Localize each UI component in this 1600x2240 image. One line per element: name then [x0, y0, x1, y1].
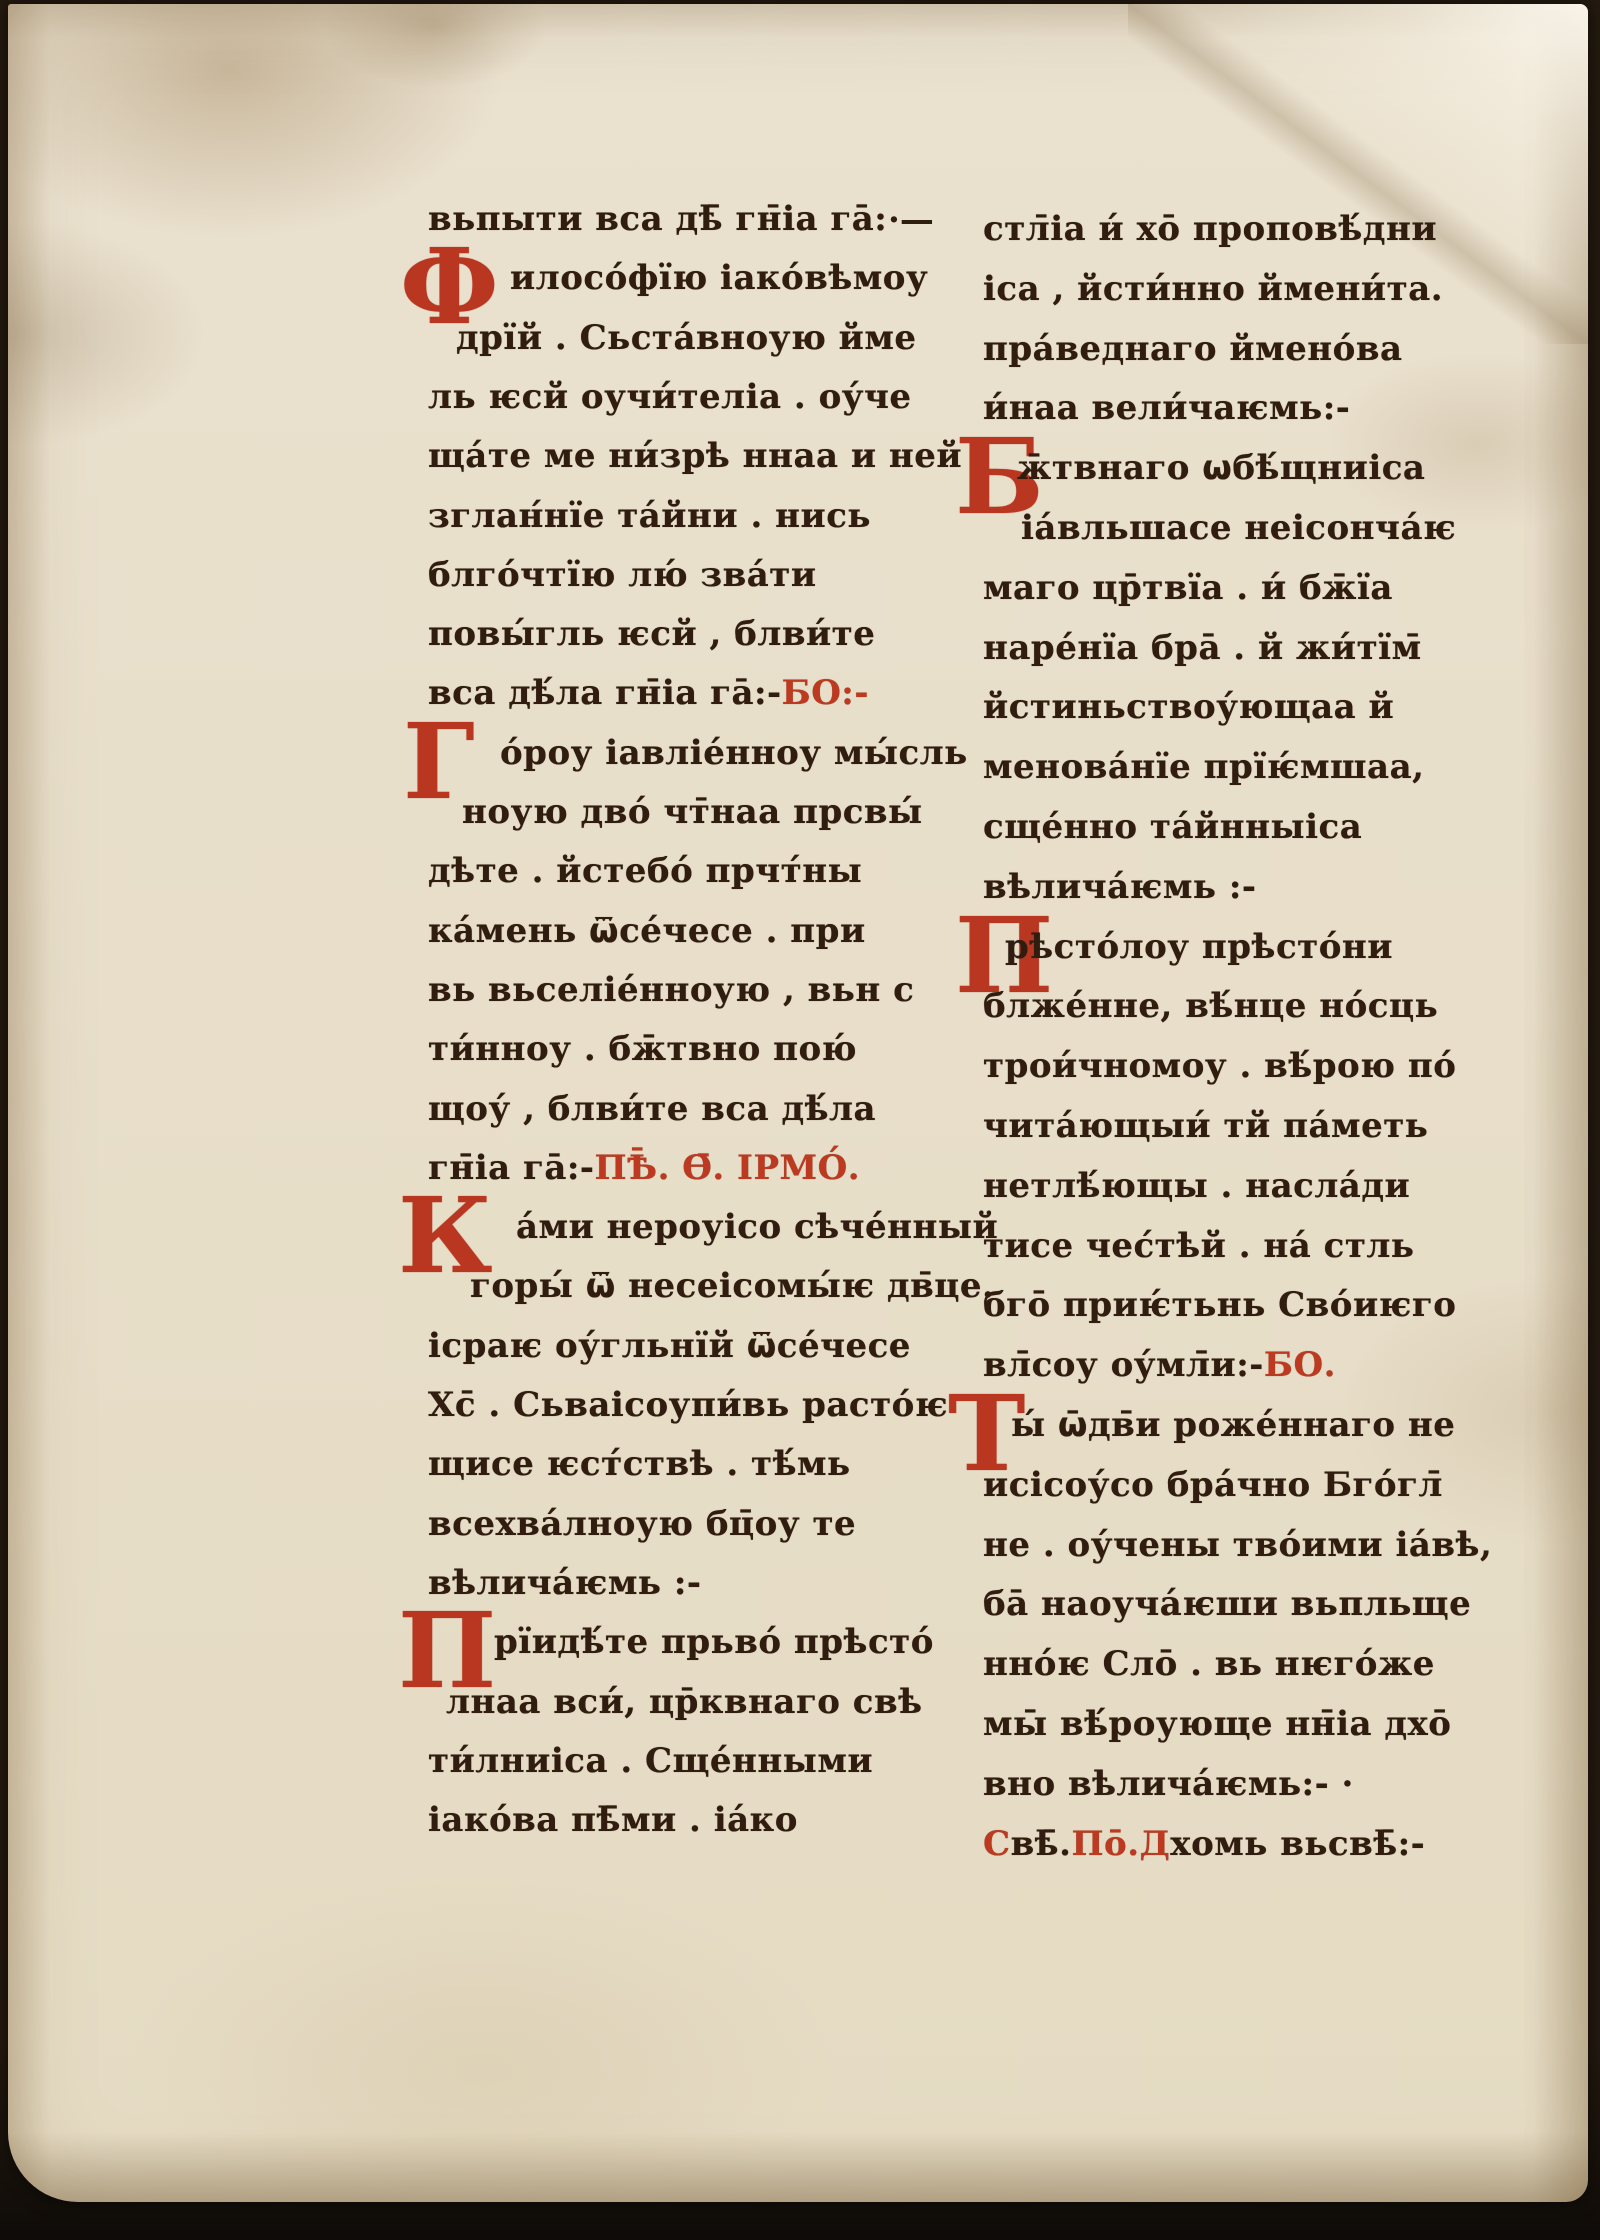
line-filler-dash: ·—	[888, 200, 934, 240]
rubric-text: По̄.	[1071, 1824, 1139, 1864]
manuscript-line: ти́нноу . бж̄твно пою́	[428, 1020, 857, 1078]
manuscript-line: нно́ѥ Сло̄ . вь нѥго́же	[983, 1635, 1435, 1693]
rubric-text: БО:-	[782, 673, 869, 713]
body-text: наре́нїа бра̄ . й жи́тїм̄	[983, 628, 1422, 668]
manuscript-line: іса , йсти́нно ймени́та.	[983, 260, 1443, 318]
body-text: зглан́нїе та́йни . нись	[428, 496, 871, 536]
body-text: горы́ ѿ несеісомы́ѥ дв̄це.	[470, 1266, 994, 1306]
manuscript-line: мы̄ вѣ́роующе нн̄іа дхо̄	[983, 1695, 1452, 1753]
body-text: а́ми нероуісо сѣче́нный	[516, 1207, 998, 1247]
body-text: щоу́ , блви́те вса дѣ́ла	[428, 1089, 876, 1129]
manuscript-line: дѣте . йстебо́ прчт́ны	[428, 842, 862, 900]
manuscript-line: сще́нно та́йнныіса	[983, 798, 1362, 856]
body-text: ы́ ѡ̄дв̄и роже́ннаго не	[1011, 1405, 1455, 1445]
body-text: лнаа вси́, цр̄квнаго свѣ	[446, 1682, 923, 1722]
body-text: бго̄ приѥ́тьнь Сво́иѥго	[983, 1285, 1456, 1325]
body-text: ти́нноу . бж̄твно пою́	[428, 1029, 857, 1069]
body-text: менова́нїе прїѥ́мшаа,	[983, 747, 1424, 787]
body-text: хомь вьсвѣ̄:-	[1170, 1824, 1425, 1864]
body-text: дрїй . Сьста́вноую йме	[456, 318, 917, 358]
manuscript-line: рїидѣ́те прьво́ прѣсто́	[494, 1613, 934, 1671]
manuscript-line: а́ми нероуісо сѣче́нный	[516, 1198, 998, 1256]
body-text: іса , йсти́нно ймени́та.	[983, 269, 1443, 309]
body-text: рїидѣ́те прьво́ прѣсто́	[494, 1622, 934, 1662]
body-text: о́роу іавліе́нноу мы́сль	[500, 733, 968, 773]
body-text: ж̄твнаго ѡбѣ́щниіса	[1017, 448, 1425, 488]
manuscript-line: іако́ва пѣ̄ми . іа́ко	[428, 1791, 798, 1849]
body-text: блже́нне, вѣ́нце но́сць	[983, 986, 1438, 1026]
manuscript-line: о́роу іавліе́нноу мы́сль	[500, 724, 968, 782]
body-text: тисе чес́тѣй . на́ стль	[983, 1226, 1414, 1266]
manuscript-line: ка́мень ѿсе́чесе . при	[428, 902, 866, 960]
body-text: ба̄ наоуча́ѥши вьпльще	[983, 1584, 1471, 1624]
body-text: вса дѣ́ла гн̄іа га̄:-	[428, 673, 782, 713]
photo-backdrop: { "document": { "kind_label": "Old Churc…	[0, 0, 1600, 2240]
manuscript-line: менова́нїе прїѥ́мшаа,	[983, 738, 1424, 796]
rubric-text: Д	[1140, 1824, 1171, 1864]
body-text: чита́ющыи́ тй па́меть	[983, 1106, 1428, 1146]
manuscript-line: ща́те ме ни́зрѣ ннаа и ней	[428, 427, 962, 485]
manuscript-line: пра́веднаго ймено́ва	[983, 320, 1402, 378]
body-text: іа́вльшасе неісонча́ѥ	[1021, 508, 1456, 548]
body-text: Хс̄ . Сьваісоупи́вь расто́ѥ	[428, 1385, 948, 1425]
manuscript-line: іа́вльшасе неісонча́ѥ	[1021, 499, 1456, 557]
manuscript-line: маго цр̄твїа . и́ бж̄їа	[983, 559, 1393, 617]
body-text: маго цр̄твїа . и́ бж̄їа	[983, 568, 1393, 608]
body-text: мы̄ вѣ́роующе нн̄іа дхо̄	[983, 1704, 1452, 1744]
manuscript-line: ы́ ѡ̄дв̄и роже́ннаго не	[1011, 1396, 1455, 1454]
manuscript-line: вл̄соу оу́мл̄и:- БО.	[983, 1336, 1336, 1394]
rubric-text: БО.	[1264, 1345, 1336, 1385]
manuscript-line: ти́лниіса . Сще́нными	[428, 1732, 873, 1790]
manuscript-line: вь вьселіе́нноую , вьн с	[428, 961, 914, 1019]
body-text: пра́веднаго ймено́ва	[983, 329, 1402, 369]
body-text: ль ѥсй оучи́теліа . оу́че	[428, 377, 912, 417]
body-text: ти́лниіса . Сще́нными	[428, 1741, 873, 1781]
body-text: ща́те ме ни́зрѣ ннаа и ней	[428, 436, 962, 476]
body-text: рѣсто́лоу прѣсто́ни	[1005, 927, 1393, 967]
manuscript-line: исісоу́со бра́чно Бго́гл̄	[983, 1456, 1443, 1514]
manuscript-line: дрїй . Сьста́вноую йме	[456, 309, 917, 367]
body-text: вѣ̄.	[1011, 1824, 1072, 1864]
manuscript-line: рѣсто́лоу прѣсто́ни	[1005, 918, 1393, 976]
manuscript-line: горы́ ѿ несеісомы́ѥ дв̄це.	[470, 1257, 994, 1315]
body-text: іако́ва пѣ̄ми . іа́ко	[428, 1800, 798, 1840]
text-column-left: вьпыти вса дѣ̄ гн̄іа га̄:Филосо́фїю іако…	[428, 4, 888, 2202]
manuscript-line: ль ѥсй оучи́теліа . оу́че	[428, 368, 912, 426]
manuscript-line: всехва́лноую бц̄оу те	[428, 1495, 856, 1553]
manuscript-line: бго̄ приѥ́тьнь Сво́иѥго	[983, 1276, 1456, 1334]
manuscript-line: трои́чномоу . вѣ́рою по́	[983, 1037, 1456, 1095]
body-text: вно вѣлича́ѥмь:- ·	[983, 1764, 1354, 1804]
manuscript-line: блже́нне, вѣ́нце но́сць	[983, 977, 1438, 1035]
text-column-right: стл̄іа и́ хо̄ проповѣ́дниіса , йсти́нно …	[983, 4, 1453, 2202]
rubric-text: С	[983, 1824, 1011, 1864]
body-text: ноую дво́ чт̄наа прсвы́	[462, 792, 923, 832]
body-text: вл̄соу оу́мл̄и:-	[983, 1345, 1264, 1385]
body-text: вь вьселіе́нноую , вьн с	[428, 970, 914, 1010]
manuscript-line: повы́гль ѥсй , блви́те	[428, 605, 875, 663]
body-text: стл̄іа и́ хо̄ проповѣ́дни	[983, 209, 1437, 249]
body-text: щисе ѥст́ствѣ . тѣ́мь	[428, 1444, 851, 1484]
manuscript-line: наре́нїа бра̄ . й жи́тїм̄	[983, 619, 1422, 677]
manuscript-line: илосо́фїю іако́вѣмоу	[510, 249, 928, 307]
manuscript-line: Свѣ̄. По̄. Дхомь вьсвѣ̄:-	[983, 1815, 1425, 1873]
manuscript-line: Хс̄ . Сьваісоупи́вь расто́ѥ	[428, 1376, 948, 1434]
manuscript-line: стл̄іа и́ хо̄ проповѣ́дни	[983, 200, 1437, 258]
body-text: нетлѣ́ющы . насла́ди	[983, 1166, 1410, 1206]
body-text: илосо́фїю іако́вѣмоу	[510, 258, 928, 298]
manuscript-line: щоу́ , блви́те вса дѣ́ла	[428, 1080, 876, 1138]
body-text: ісраѥ оу́гльнїй ѿсе́чесе	[428, 1326, 911, 1366]
manuscript-line: ноую дво́ чт̄наа прсвы́	[462, 783, 923, 841]
manuscript-line: йстиньствоу́ющаа й	[983, 678, 1394, 736]
manuscript-line: нетлѣ́ющы . насла́ди	[983, 1157, 1410, 1215]
body-text: сще́нно та́йнныіса	[983, 807, 1362, 847]
body-text: повы́гль ѥсй , блви́те	[428, 614, 875, 654]
body-text: трои́чномоу . вѣ́рою по́	[983, 1046, 1456, 1086]
manuscript-line: зглан́нїе та́йни . нись	[428, 487, 871, 545]
manuscript-line: тисе чес́тѣй . на́ стль	[983, 1217, 1414, 1275]
body-text: дѣте . йстебо́ прчт́ны	[428, 851, 862, 891]
rubric-text: ПѢ̄. Ѳ̄. ІРМО́.	[595, 1148, 861, 1188]
manuscript-line: чита́ющыи́ тй па́меть	[983, 1097, 1428, 1155]
body-text: нно́ѥ Сло̄ . вь нѥго́же	[983, 1644, 1435, 1684]
manuscript-line: ісраѥ оу́гльнїй ѿсе́чесе	[428, 1317, 911, 1375]
manuscript-line: блго́чтїю лю́ зва́ти	[428, 546, 817, 604]
manuscript-page: вьпыти вса дѣ̄ гн̄іа га̄:Филосо́фїю іако…	[8, 4, 1588, 2202]
manuscript-line: ба̄ наоуча́ѥши вьпльще	[983, 1575, 1471, 1633]
manuscript-line: вса дѣ́ла гн̄іа га̄:- БО:-	[428, 664, 869, 722]
body-text: не . оу́чены тво́ими іа́вѣ,	[983, 1525, 1492, 1565]
manuscript-line: лнаа вси́, цр̄квнаго свѣ	[446, 1673, 923, 1731]
manuscript-line: ж̄твнаго ѡбѣ́щниіса	[1017, 439, 1425, 497]
body-text: йстиньствоу́ющаа й	[983, 687, 1394, 727]
body-text: исісоу́со бра́чно Бго́гл̄	[983, 1465, 1443, 1505]
manuscript-line: не . оу́чены тво́ими іа́вѣ,	[983, 1516, 1492, 1574]
body-text: всехва́лноую бц̄оу те	[428, 1504, 856, 1544]
manuscript-line: щисе ѥст́ствѣ . тѣ́мь	[428, 1435, 851, 1493]
body-text: ка́мень ѿсе́чесе . при	[428, 911, 866, 951]
body-text: блго́чтїю лю́ зва́ти	[428, 555, 817, 595]
manuscript-line: вно вѣлича́ѥмь:- ·	[983, 1755, 1354, 1813]
